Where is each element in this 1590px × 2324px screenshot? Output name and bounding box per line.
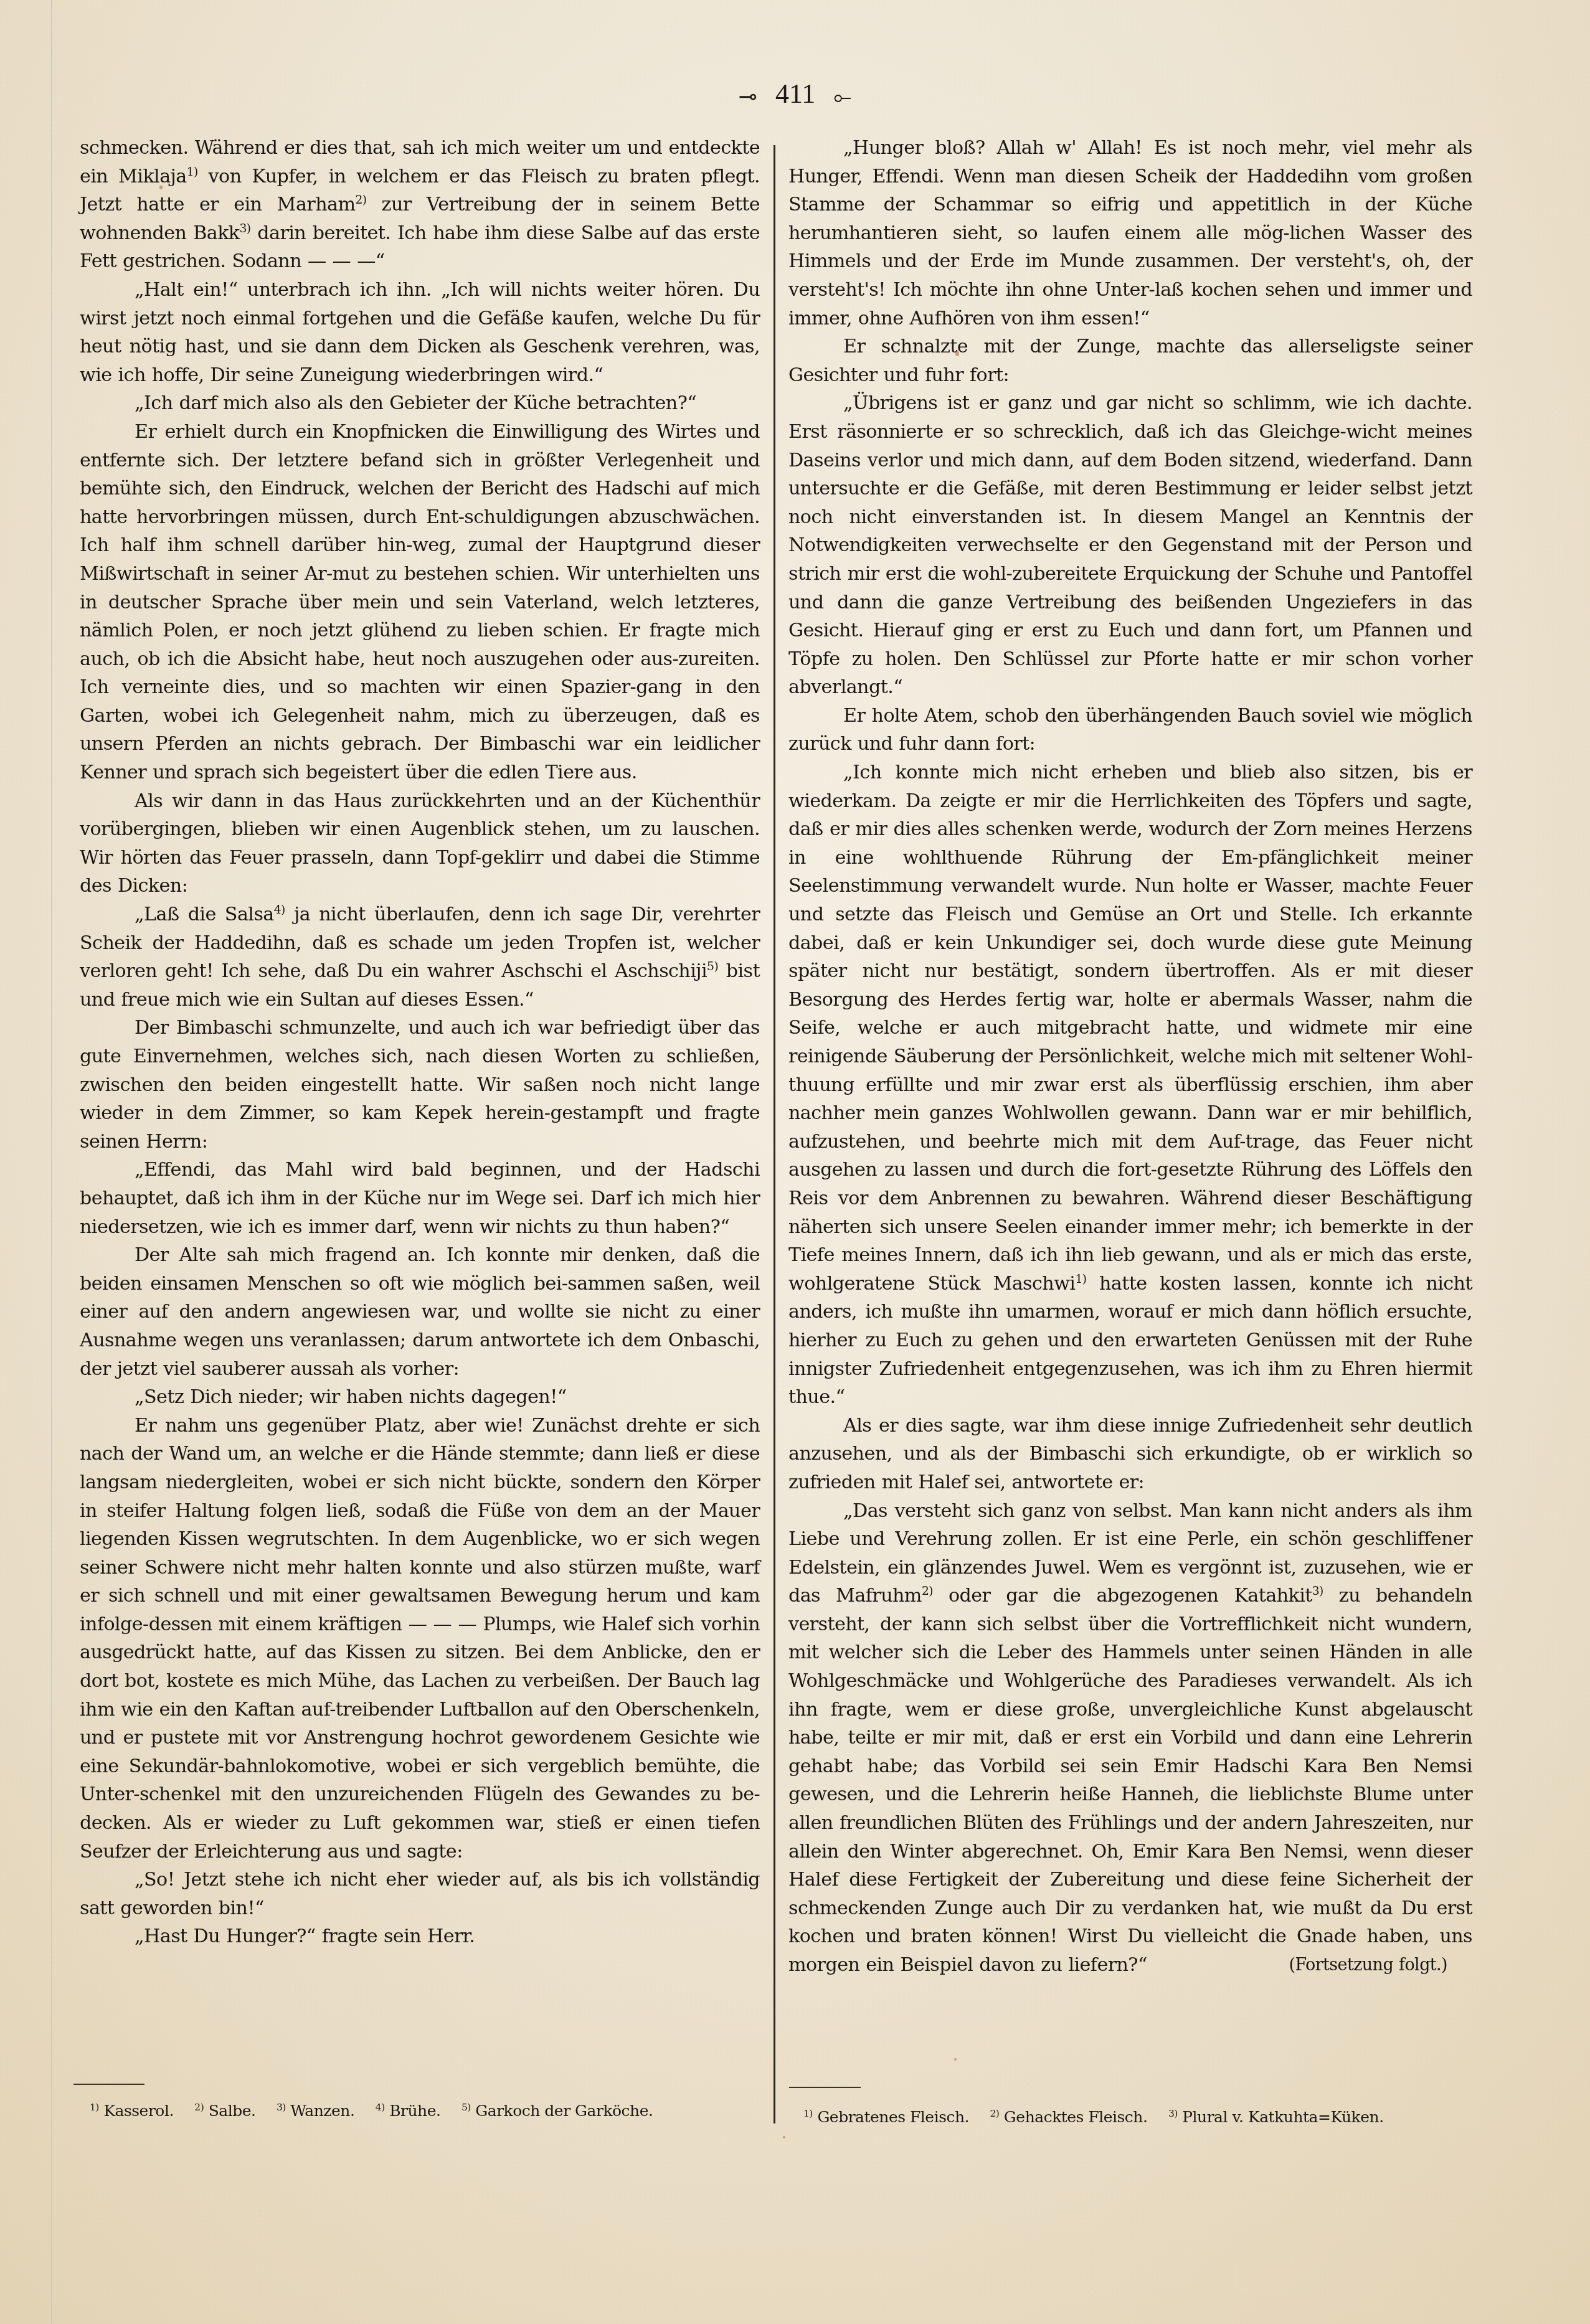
paragraph: „Laß die Salsa4) ja nicht überlaufen, de… [80,900,760,1014]
scan-edge-line [51,0,52,2324]
paragraph: „So! Jetzt stehe ich nicht eher wieder a… [80,1866,760,1922]
footnote: 5) Garkoch der Garköche. [461,2102,653,2120]
paragraph: schmecken. Während er dies that, sah ich… [80,134,760,276]
paragraph: „Halt ein!“ unterbrach ich ihn. „Ich wil… [80,276,760,389]
footnote: 2) Salbe. [194,2102,255,2120]
column-divider [774,145,775,2123]
paragraph: Als er dies sagte, war ihm diese innige … [788,1412,1472,1497]
footnote: 3) Plural v. Katkuhta=Küken. [1168,2108,1384,2126]
footnote-ref: 2) [922,1585,933,1598]
footnote-rule-right [789,2087,861,2088]
footnotes-left: 1) Kasserol. 2) Salbe. 3) Wanzen. 4) Brü… [90,2102,669,2120]
footnote-ref: 1) [1075,1273,1086,1286]
paragraph: Der Alte sah mich fragend an. Ich konnte… [80,1241,760,1383]
footnote: 1) Gebratenes Fleisch. [803,2108,969,2126]
paragraph: Er holte Atem, schob den überhängenden B… [788,702,1472,758]
page-number: 411 [775,78,815,109]
paragraph: „Setz Dich nieder; wir haben nichts dage… [80,1383,760,1412]
paragraph: „Das versteht sich ganz von selbst. Man … [788,1497,1472,1980]
ornament-left-icon: ⊸ [739,81,757,112]
paragraph: „Hunger bloß? Allah w' Allah! Es ist noc… [788,134,1472,333]
footnote-ref: 3) [1312,1585,1323,1598]
continued-note: (Fortsetzung folgt.) [1234,1951,1448,1980]
footnote-ref: 2) [355,194,366,207]
footnote-rule-left [73,2084,144,2085]
footnote-ref: 3) [240,222,251,235]
paper-speck [954,2058,957,2061]
paragraph: Er schnalzte mit der Zunge, machte das a… [788,333,1472,389]
paragraph: Der Bimbaschi schmunzelte, und auch ich … [80,1014,760,1156]
left-column: schmecken. Während er dies that, sah ich… [80,134,760,1951]
paper-speck [783,2136,785,2138]
paragraph: Als wir dann in das Haus zurückkehrten u… [80,787,760,900]
footnotes-right: 1) Gebratenes Fleisch. 2) Gehacktes Flei… [803,2108,1400,2127]
ornament-right-icon: ⟜ [833,81,851,112]
right-column: „Hunger bloß? Allah w' Allah! Es ist noc… [788,134,1472,1980]
footnote: 4) Brühe. [376,2102,441,2120]
paper-speck [159,186,163,189]
paragraph: Er erhielt durch ein Knopfnicken die Ein… [80,418,760,787]
paragraph: „Hast Du Hunger?“ fragte sein Herr. [80,1922,760,1951]
paragraph: „Ich konnte mich nicht erheben und blieb… [788,758,1472,1412]
paragraph: „Effendi, das Mahl wird bald beginnen, u… [80,1156,760,1241]
page-header: ⊸ 411 ⟜ [0,78,1590,112]
paragraph: „Ich darf mich also als den Gebieter der… [80,389,760,418]
footnote: 1) Kasserol. [90,2102,174,2120]
paper-speck [955,351,959,356]
paragraph: Er nahm uns gegenüber Platz, aber wie! Z… [80,1412,760,1866]
paragraph: „Übrigens ist er ganz und gar nicht so s… [788,389,1472,702]
footnote: 2) Gehacktes Fleisch. [990,2108,1147,2126]
footnote-ref: 1) [187,166,198,179]
footnote-ref: 4) [274,904,285,917]
footnote: 3) Wanzen. [277,2102,354,2120]
footnote-ref: 5) [707,960,718,973]
